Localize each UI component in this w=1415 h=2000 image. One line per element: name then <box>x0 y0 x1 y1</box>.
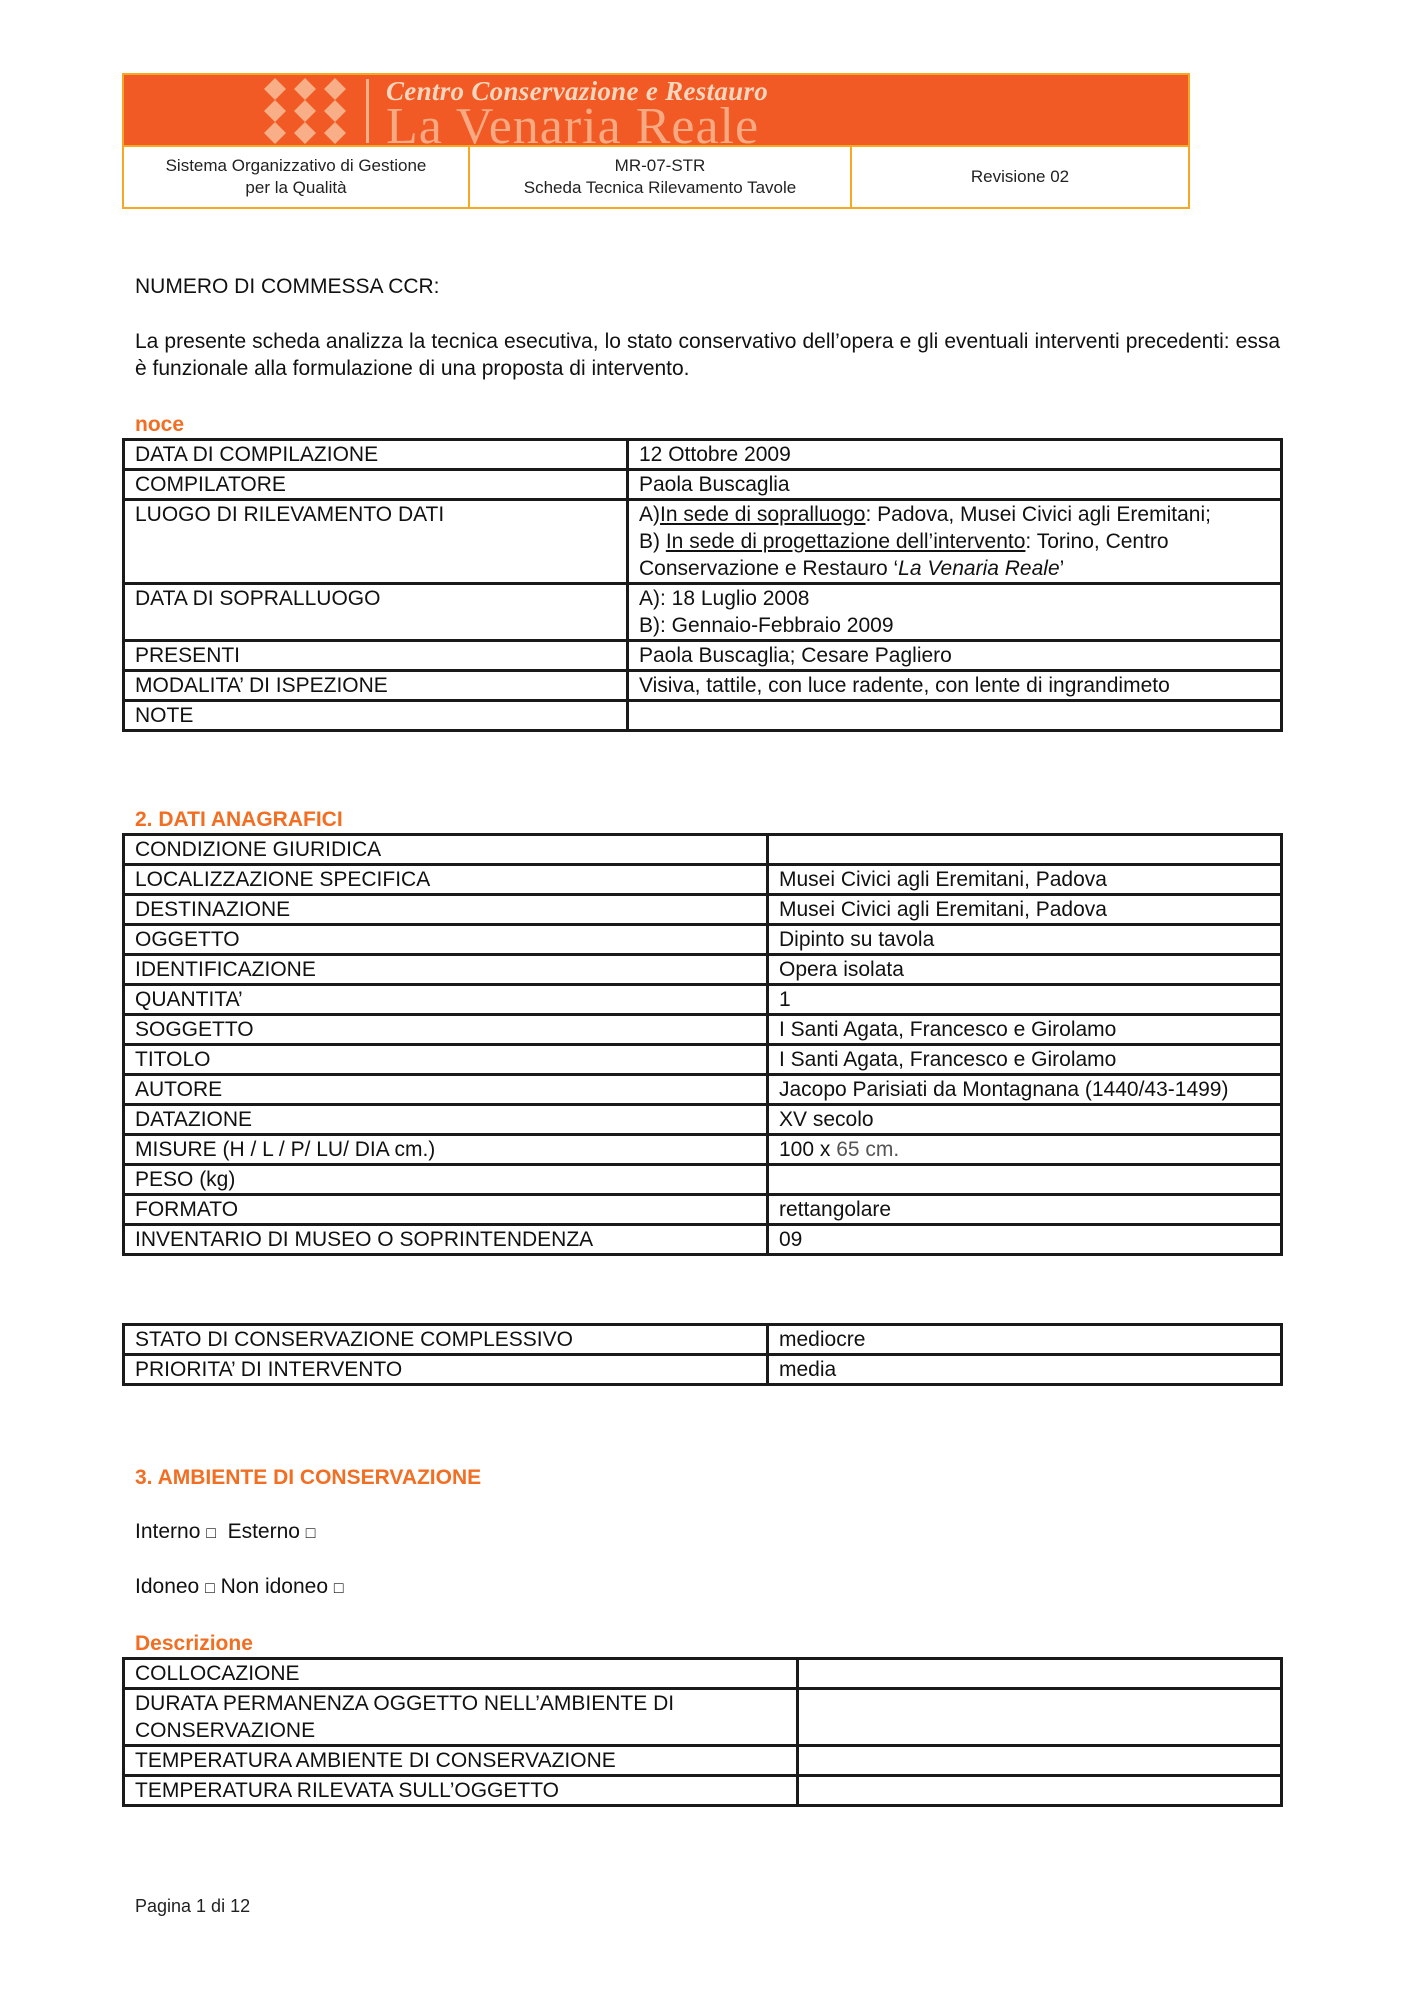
row-label: DESTINAZIONE <box>124 895 768 925</box>
italic-b: La Venaria Reale <box>898 557 1060 580</box>
table-row: DATA DI COMPILAZIONE 12 Ottobre 2009 <box>124 440 1282 470</box>
row-value[interactable]: 09 <box>768 1225 1282 1255</box>
commessa-label: NUMERO DI COMMESSA CCR: <box>135 275 440 299</box>
system-line-1: Sistema Organizzativo di Gestione <box>166 156 427 175</box>
table-row: CONDIZIONE GIURIDICA <box>124 835 1282 865</box>
table-row: COLLOCAZIONE <box>124 1659 1282 1689</box>
text-b-end: ’ <box>1060 557 1065 580</box>
row-value[interactable]: A): 18 Luglio 2008B): Gennaio-Febbraio 2… <box>628 584 1282 641</box>
row-value[interactable]: 1 <box>768 985 1282 1015</box>
table-row: PESO (kg) <box>124 1165 1282 1195</box>
row-label: MISURE (H / L / P/ LU/ DIA cm.) <box>124 1135 768 1165</box>
table-row: IDENTIFICAZIONEOpera isolata <box>124 955 1282 985</box>
row-label: COLLOCAZIONE <box>124 1659 798 1689</box>
row-label: IDENTIFICAZIONE <box>124 955 768 985</box>
row-label: OGGETTO <box>124 925 768 955</box>
row-value[interactable]: Jacopo Parisiati da Montagnana (1440/43-… <box>768 1075 1282 1105</box>
table-row: NOTE <box>124 701 1282 731</box>
underlined-b: In sede di progettazione dell’intervento <box>666 530 1026 553</box>
document-code-cell: MR-07-STRScheda Tecnica Rilevamento Tavo… <box>468 147 850 207</box>
row-label: TEMPERATURA AMBIENTE DI CONSERVAZIONE <box>124 1746 798 1776</box>
quality-system-cell: Sistema Organizzativo di Gestioneper la … <box>124 147 468 207</box>
table-row: AUTOREJacopo Parisiati da Montagnana (14… <box>124 1075 1282 1105</box>
page-number: Pagina 1 di 12 <box>135 1896 250 1917</box>
table-row: DESTINAZIONEMusei Civici agli Eremitani,… <box>124 895 1282 925</box>
row-label: FORMATO <box>124 1195 768 1225</box>
option-idoneo-label: Idoneo <box>135 1575 199 1598</box>
row-label: DATA DI COMPILAZIONE <box>124 440 628 470</box>
table-row: FORMATOrettangolare <box>124 1195 1282 1225</box>
option-interno-label: Interno <box>135 1520 200 1543</box>
row-value-location[interactable]: A)In sede di sopralluogo: Padova, Musei … <box>628 500 1282 584</box>
row-value[interactable]: media <box>768 1355 1282 1385</box>
row-label: QUANTITA’ <box>124 985 768 1015</box>
prefix-b: B) <box>639 530 666 553</box>
row-label: LUOGO DI RILEVAMENTO DATI <box>124 500 628 584</box>
row-value[interactable]: Paola Buscaglia; Cesare Pagliero <box>628 641 1282 671</box>
text-a: : Padova, Musei Civici agli Eremitani; <box>865 503 1210 526</box>
table-row: DURATA PERMANENZA OGGETTO NELL’AMBIENTE … <box>124 1689 1282 1746</box>
row-label: SOGGETTO <box>124 1015 768 1045</box>
table-row: PRIORITA’ DI INTERVENTOmedia <box>124 1355 1282 1385</box>
underlined-a: In sede di sopralluogo <box>660 503 865 526</box>
row-label: STATO DI CONSERVAZIONE COMPLESSIVO <box>124 1325 768 1355</box>
location-options: Interno □ Esterno □ <box>135 1520 315 1544</box>
compilation-table: DATA DI COMPILAZIONE 12 Ottobre 2009 COM… <box>122 438 1283 732</box>
table-row: MISURE (H / L / P/ LU/ DIA cm.)100 x 65 … <box>124 1135 1282 1165</box>
table-row: QUANTITA’1 <box>124 985 1282 1015</box>
row-value[interactable]: I Santi Agata, Francesco e Girolamo <box>768 1015 1282 1045</box>
row-value[interactable]: 12 Ottobre 2009 <box>628 440 1282 470</box>
measure-rest: 65 cm. <box>836 1138 899 1161</box>
date-a: A): 18 Luglio 2008 <box>639 587 809 610</box>
checkbox-idoneo[interactable]: □ <box>205 1580 215 1597</box>
brand-line-2: La Venaria Reale <box>386 101 759 145</box>
prefix-a: A) <box>639 503 660 526</box>
row-value[interactable]: Opera isolata <box>768 955 1282 985</box>
table-row: LOCALIZZAZIONE SPECIFICAMusei Civici agl… <box>124 865 1282 895</box>
table-row: STATO DI CONSERVAZIONE COMPLESSIVOmedioc… <box>124 1325 1282 1355</box>
row-label: DATA DI SOPRALLUOGO <box>124 584 628 641</box>
row-label: AUTORE <box>124 1075 768 1105</box>
table-row: TEMPERATURA AMBIENTE DI CONSERVAZIONE <box>124 1746 1282 1776</box>
row-label: DATAZIONE <box>124 1105 768 1135</box>
row-value[interactable]: XV secolo <box>768 1105 1282 1135</box>
option-non-idoneo-label: Non idoneo <box>221 1575 328 1598</box>
header-info-row: Sistema Organizzativo di Gestioneper la … <box>122 145 1190 209</box>
row-label: TITOLO <box>124 1045 768 1075</box>
row-label: LOCALIZZAZIONE SPECIFICA <box>124 865 768 895</box>
table-row: TEMPERATURA RILEVATA SULL’OGGETTO <box>124 1776 1282 1806</box>
row-label: MODALITA’ DI ISPEZIONE <box>124 671 628 701</box>
checkbox-interno[interactable]: □ <box>206 1525 216 1542</box>
option-esterno-label: Esterno <box>228 1520 300 1543</box>
doc-title: Scheda Tecnica Rilevamento Tavole <box>524 178 796 197</box>
table-row: SOGGETTOI Santi Agata, Francesco e Girol… <box>124 1015 1282 1045</box>
conservation-state-table: STATO DI CONSERVAZIONE COMPLESSIVOmedioc… <box>122 1323 1283 1386</box>
row-label: PRESENTI <box>124 641 628 671</box>
logo-divider <box>366 79 369 143</box>
row-label: CONDIZIONE GIURIDICA <box>124 835 768 865</box>
row-label: PESO (kg) <box>124 1165 768 1195</box>
row-value[interactable] <box>768 835 1282 865</box>
measure-main: 100 x <box>779 1138 836 1161</box>
row-label: NOTE <box>124 701 628 731</box>
description-subtitle: Descrizione <box>135 1632 253 1656</box>
row-value[interactable]: I Santi Agata, Francesco e Girolamo <box>768 1045 1282 1075</box>
table-row: INVENTARIO DI MUSEO O SOPRINTENDENZA09 <box>124 1225 1282 1255</box>
diamond-pattern-logo-icon <box>260 78 350 144</box>
table-row: DATAZIONEXV secolo <box>124 1105 1282 1135</box>
section-2-title: 2. DATI ANAGRAFICI <box>135 808 343 832</box>
row-value[interactable] <box>628 701 1282 731</box>
document-header: Centro Conservazione e Restauro La Venar… <box>122 73 1190 209</box>
row-value[interactable] <box>798 1689 1282 1746</box>
row-value[interactable]: Visiva, tattile, con luce radente, con l… <box>628 671 1282 701</box>
row-value[interactable]: Paola Buscaglia <box>628 470 1282 500</box>
checkbox-esterno[interactable]: □ <box>306 1525 316 1542</box>
revision-cell: Revisione 02 <box>850 147 1188 207</box>
row-value[interactable]: rettangolare <box>768 1195 1282 1225</box>
row-label: TEMPERATURA RILEVATA SULL’OGGETTO <box>124 1776 798 1806</box>
row-value[interactable]: mediocre <box>768 1325 1282 1355</box>
doc-code: MR-07-STR <box>615 156 706 175</box>
table-row: PRESENTI Paola Buscaglia; Cesare Paglier… <box>124 641 1282 671</box>
intro-paragraph: La presente scheda analizza la tecnica e… <box>135 328 1280 382</box>
table-row: TITOLOI Santi Agata, Francesco e Girolam… <box>124 1045 1282 1075</box>
row-value[interactable]: Musei Civici agli Eremitani, Padova <box>768 865 1282 895</box>
row-label: PRIORITA’ DI INTERVENTO <box>124 1355 768 1385</box>
table-row: MODALITA’ DI ISPEZIONE Visiva, tattile, … <box>124 671 1282 701</box>
row-label: DURATA PERMANENZA OGGETTO NELL’AMBIENTE … <box>124 1689 798 1746</box>
row-value[interactable] <box>798 1776 1282 1806</box>
table-row: OGGETTODipinto su tavola <box>124 925 1282 955</box>
suitability-options: Idoneo □ Non idoneo □ <box>135 1575 344 1599</box>
row-value[interactable] <box>798 1746 1282 1776</box>
registry-data-table: CONDIZIONE GIURIDICA LOCALIZZAZIONE SPEC… <box>122 833 1283 1256</box>
date-b: B): Gennaio-Febbraio 2009 <box>639 614 894 637</box>
row-value[interactable] <box>798 1659 1282 1689</box>
environment-table: COLLOCAZIONE DURATA PERMANENZA OGGETTO N… <box>122 1657 1283 1807</box>
table-row: DATA DI SOPRALLUOGO A): 18 Luglio 2008B)… <box>124 584 1282 641</box>
row-label: COMPILATORE <box>124 470 628 500</box>
table-row: COMPILATORE Paola Buscaglia <box>124 470 1282 500</box>
section-3-title: 3. AMBIENTE DI CONSERVAZIONE <box>135 1466 481 1490</box>
row-value-measures[interactable]: 100 x 65 cm. <box>768 1135 1282 1165</box>
system-line-2: per la Qualità <box>245 178 346 197</box>
section-1-title: noce <box>135 413 184 437</box>
brand-banner: Centro Conservazione e Restauro La Venar… <box>122 73 1190 145</box>
checkbox-non-idoneo[interactable]: □ <box>334 1580 344 1597</box>
table-row: LUOGO DI RILEVAMENTO DATI A)In sede di s… <box>124 500 1282 584</box>
row-value[interactable]: Dipinto su tavola <box>768 925 1282 955</box>
row-value[interactable]: Musei Civici agli Eremitani, Padova <box>768 895 1282 925</box>
row-label: INVENTARIO DI MUSEO O SOPRINTENDENZA <box>124 1225 768 1255</box>
revision-label: Revisione 02 <box>971 166 1069 188</box>
row-value[interactable] <box>768 1165 1282 1195</box>
